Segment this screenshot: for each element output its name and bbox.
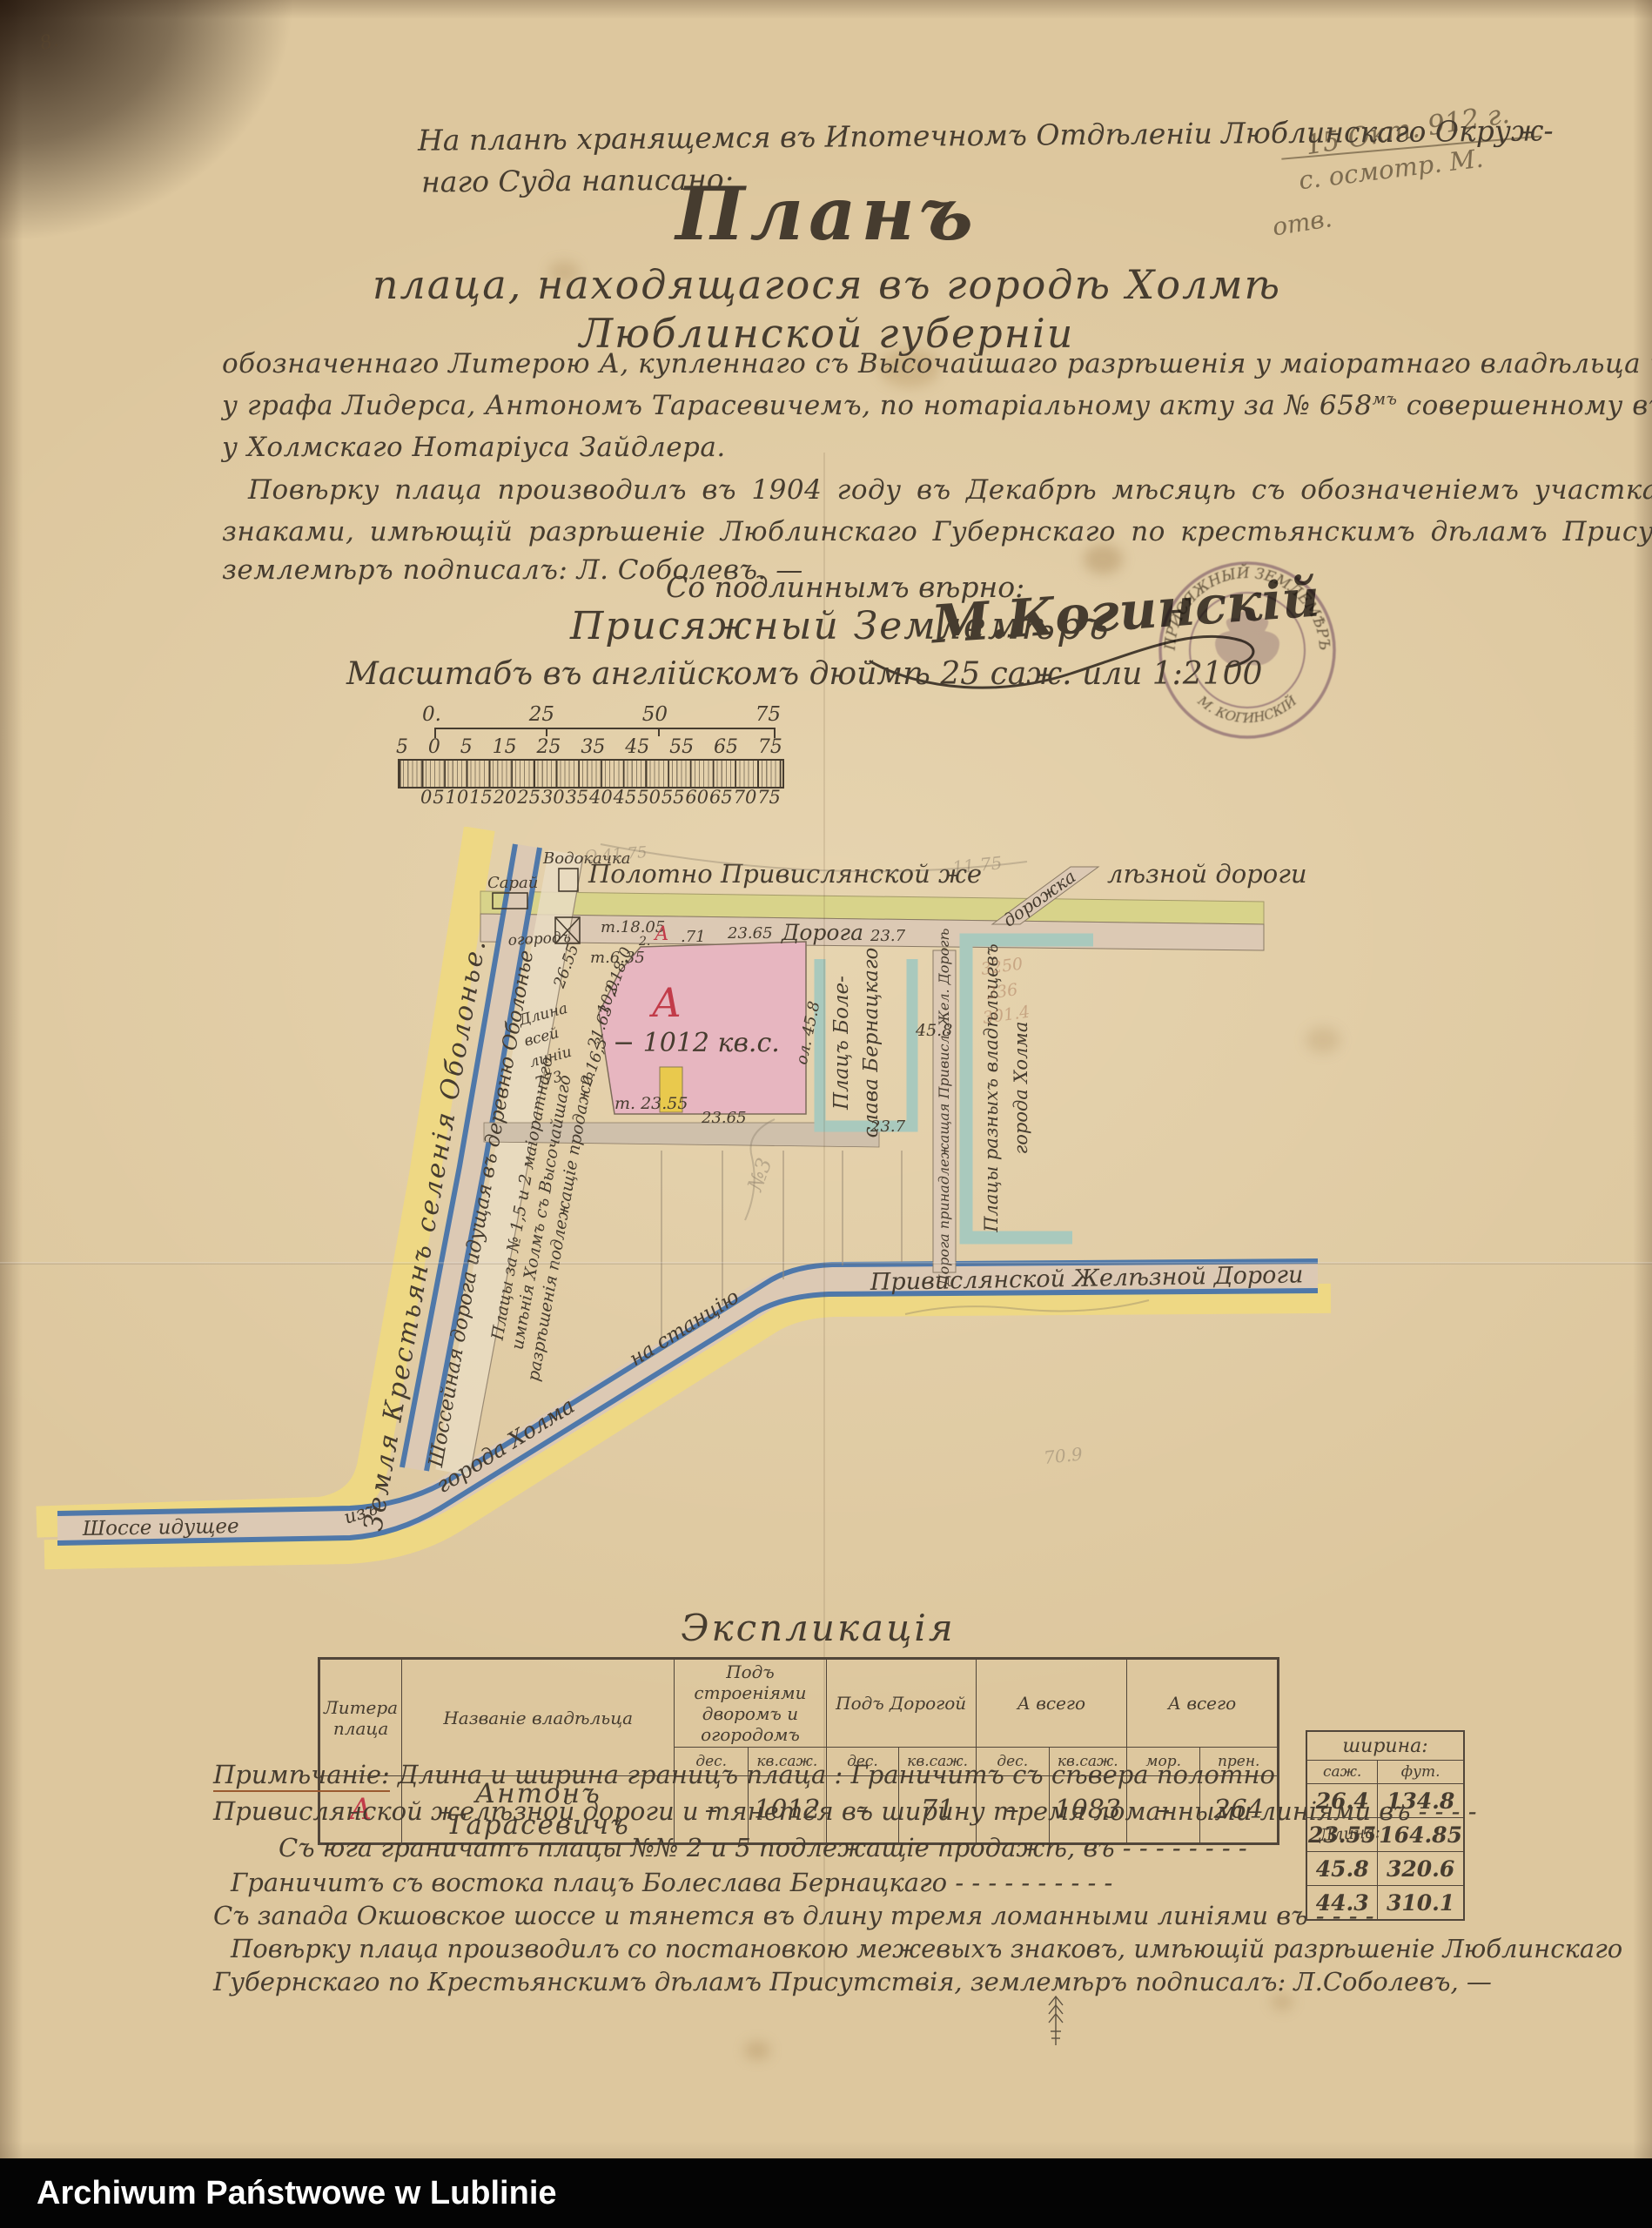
scale-ruler <box>398 759 784 789</box>
col-group-buildings: Подъ строеніями дворомъ и огородомъ <box>675 1659 826 1748</box>
col-group-road: Подъ Дорогой <box>826 1659 976 1748</box>
shed-label: Сарай <box>487 874 538 892</box>
tick-label: 25 <box>537 736 561 758</box>
act-number-suffix: мъ <box>1373 391 1398 409</box>
note-line-4: Граничитъ съ востока плацъ Болеслава Бер… <box>231 1868 1112 1897</box>
tick-label: 70 <box>734 787 757 808</box>
measure-23-65-top: 23.65 <box>727 924 773 943</box>
tick-label: 45 <box>625 736 649 758</box>
col-group-total-morg: А всего <box>1126 1659 1278 1748</box>
railway-label-right: лѣзной дороги <box>1107 859 1307 889</box>
dims-value: 44.3 <box>1306 1886 1378 1921</box>
table-row: 45.8 320.6 <box>1306 1852 1464 1886</box>
stamp-ring-bottom-text: М. КОГИНСКІЙ <box>1194 692 1300 726</box>
paper-stain <box>744 2041 770 2060</box>
svg-text:М. КОГИНСКІЙ: М. КОГИНСКІЙ <box>1194 692 1300 726</box>
dims-col-feet: фут. <box>1378 1761 1464 1784</box>
scale-bracket-tick <box>546 728 547 736</box>
col-group-total: А всего <box>976 1659 1126 1748</box>
col-header-owner: Названіе владѣльца <box>402 1659 675 1776</box>
tick-label: 0. <box>422 703 441 726</box>
scale-bottom-ticks: 0 5 10 15 20 25 30 35 40 45 50 55 60 65 … <box>420 787 781 808</box>
city-parcels-label-2: города Холма <box>1011 1022 1031 1155</box>
tick-label: 45 <box>614 787 637 808</box>
body-p2-line2: знаками, имѣющій разрѣшеніе Люблинскаго … <box>222 516 1652 547</box>
parcel-a-area: − 1012 кв.с. <box>613 1028 780 1058</box>
tick-label: 35 <box>581 736 605 758</box>
dims-value: 320.6 <box>1378 1852 1464 1886</box>
document-title: Планъ <box>35 171 1619 257</box>
pencil-number-1: 11.75 <box>951 852 1003 878</box>
tick-label: 75 <box>755 703 781 726</box>
dims-value: 310.1 <box>1378 1886 1464 1921</box>
pencil-number-4: 236 <box>984 980 1019 1003</box>
table-row: 26.4 134.8 <box>1306 1784 1464 1818</box>
tick-label: 75 <box>758 736 782 758</box>
note-line-7: Губернскаго по Крестьянскимъ дѣламъ Прис… <box>213 1967 1492 1996</box>
note-line-1-text: Длина и ширина границъ плаца : Граничитъ… <box>390 1760 1275 1789</box>
scale-top-ticks: 0. 25 50 75 <box>422 703 781 726</box>
survey-mark-icon <box>1044 1993 1067 2047</box>
parcel-a-road-letter: А <box>653 923 669 945</box>
tick-label: 0 <box>420 787 432 808</box>
pencil-number-7: №3 <box>742 1155 777 1195</box>
tick-label: 20 <box>494 787 517 808</box>
parcel-a-road-area: .71 <box>681 928 706 946</box>
dims-value: 134.8 <box>1378 1784 1464 1818</box>
note-line-1: Примѣчаніе: Длина и ширина границъ плаца… <box>213 1760 1275 1789</box>
tick-label: 25 <box>529 703 554 726</box>
pencil-number-6: 70.9 <box>1043 1443 1084 1468</box>
surveyor-stamp: ПРИСЯЖНЫЙ ЗЕМЛЕМѢРЪ М. КОГИНСКІЙ <box>1151 554 1344 747</box>
scanned-plan-document: 8. 15 Окт. 912 г. с. осмотр. М. отв. На … <box>0 0 1652 2228</box>
measure-23-55: т. 23.55 <box>614 1094 688 1113</box>
body-p1-line1: обозначеннаго Литерою А, купленнаго съ В… <box>222 348 1652 379</box>
tick-label: 5 <box>460 736 473 758</box>
note-label: Примѣчаніе: <box>213 1760 390 1792</box>
tick-label: 55 <box>669 736 694 758</box>
railway-road-strip-label: Дорога принадлежащая Привисл. Жел. Дорог… <box>936 929 952 1287</box>
table-row: 44.3 310.1 <box>1306 1886 1464 1921</box>
tick-label: 50 <box>637 787 661 808</box>
measure-2: 2. <box>638 935 650 949</box>
note-line-6: Повѣрку плаца производилъ со постановкою… <box>231 1934 1622 1963</box>
dims-col-sazh: саж. <box>1306 1761 1378 1784</box>
scale-mid-ticks: 5 0 5 15 25 35 45 55 65 75 <box>396 736 782 758</box>
explication-title: Экспликація <box>470 1607 1166 1649</box>
scale-bracket-tick <box>658 728 660 736</box>
measure-23-65-bottom: 23.65 <box>701 1109 747 1127</box>
parcel-a-letter: А <box>649 979 682 1026</box>
body-p1-line3: у Холмскаго Нотаріуса Зайдлера. <box>222 432 726 463</box>
note-line-5: Съ запада Окшовское шоссе и тянется въ д… <box>213 1901 1374 1930</box>
railway-label-left: Полотно Привислянской же <box>588 859 982 889</box>
archive-footer-bar: Archiwum Państwowe w Lublinie <box>0 2158 1652 2228</box>
bernacki-label-1: Плацъ Боле- <box>830 976 853 1111</box>
tick-label: 55 <box>661 787 685 808</box>
tick-label: 60 <box>685 787 708 808</box>
dims-length-label: Длина: <box>1319 1822 1380 1845</box>
document-subtitle-1: плаца, находящагося въ городѣ Холмѣ <box>35 261 1619 308</box>
tick-label: 15 <box>469 787 493 808</box>
top-road-label: Дорога <box>781 920 863 945</box>
plan-drawing: Водокачка Сарай Полотно Привислянской же… <box>0 827 1652 1593</box>
tick-label: 50 <box>642 703 668 726</box>
tick-label: 0 <box>428 736 440 758</box>
body-p1-line2-text: у графа Лидерса, Антономъ Тарасевичемъ, … <box>222 390 1373 421</box>
highway-label-1: Шоссе идущее <box>82 1515 239 1540</box>
garden-label: огородъ <box>507 929 571 950</box>
scale-caption: Масштабъ въ англійскомъ дюймѣ 25 саж. ил… <box>346 656 1262 692</box>
tick-label: 10 <box>445 787 468 808</box>
tick-label: 35 <box>565 787 588 808</box>
tick-label: 40 <box>589 787 613 808</box>
tick-label: 75 <box>757 787 781 808</box>
tick-label: 15 <box>493 736 517 758</box>
dims-value: 45.8 <box>1306 1852 1378 1886</box>
tick-label: 30 <box>541 787 565 808</box>
archive-name: Archiwum Państwowe w Lublinie <box>37 2158 1652 2228</box>
tick-label: 65 <box>714 736 738 758</box>
note-line-2: Привислянской желѣзной дороги и тянется … <box>213 1796 1477 1826</box>
corner-pencil-mark: 8. <box>37 30 61 56</box>
note-line-3: Съ юга граничатъ плацы №№ 2 и 5 подлежащ… <box>279 1833 1247 1862</box>
tick-label: 5 <box>433 787 444 808</box>
dims-value: 164.85 <box>1378 1818 1464 1852</box>
tick-label: 65 <box>709 787 733 808</box>
bernacki-label-2: слава Бернацкаго <box>860 948 883 1138</box>
paper-stain <box>1084 544 1123 574</box>
body-p1-line2-rest: совершенному въ 1903 году <box>1397 390 1652 421</box>
body-p1-line2: у графа Лидерса, Антономъ Тарасевичемъ, … <box>222 390 1652 421</box>
tick-label: 5 <box>396 736 408 758</box>
measure-23-7-top: 23.7 <box>870 927 906 945</box>
tick-label: 25 <box>517 787 541 808</box>
body-p2-line1: Повѣрку плаца производилъ въ 1904 году в… <box>248 474 1652 506</box>
dims-header: ширина: <box>1306 1731 1464 1761</box>
dims-value: 26.4 <box>1306 1784 1378 1818</box>
scale-bar: 0. 25 50 75 5 0 5 15 25 35 45 55 65 75 0… <box>396 703 796 801</box>
col-header-litera: Литера плаца <box>319 1659 402 1776</box>
